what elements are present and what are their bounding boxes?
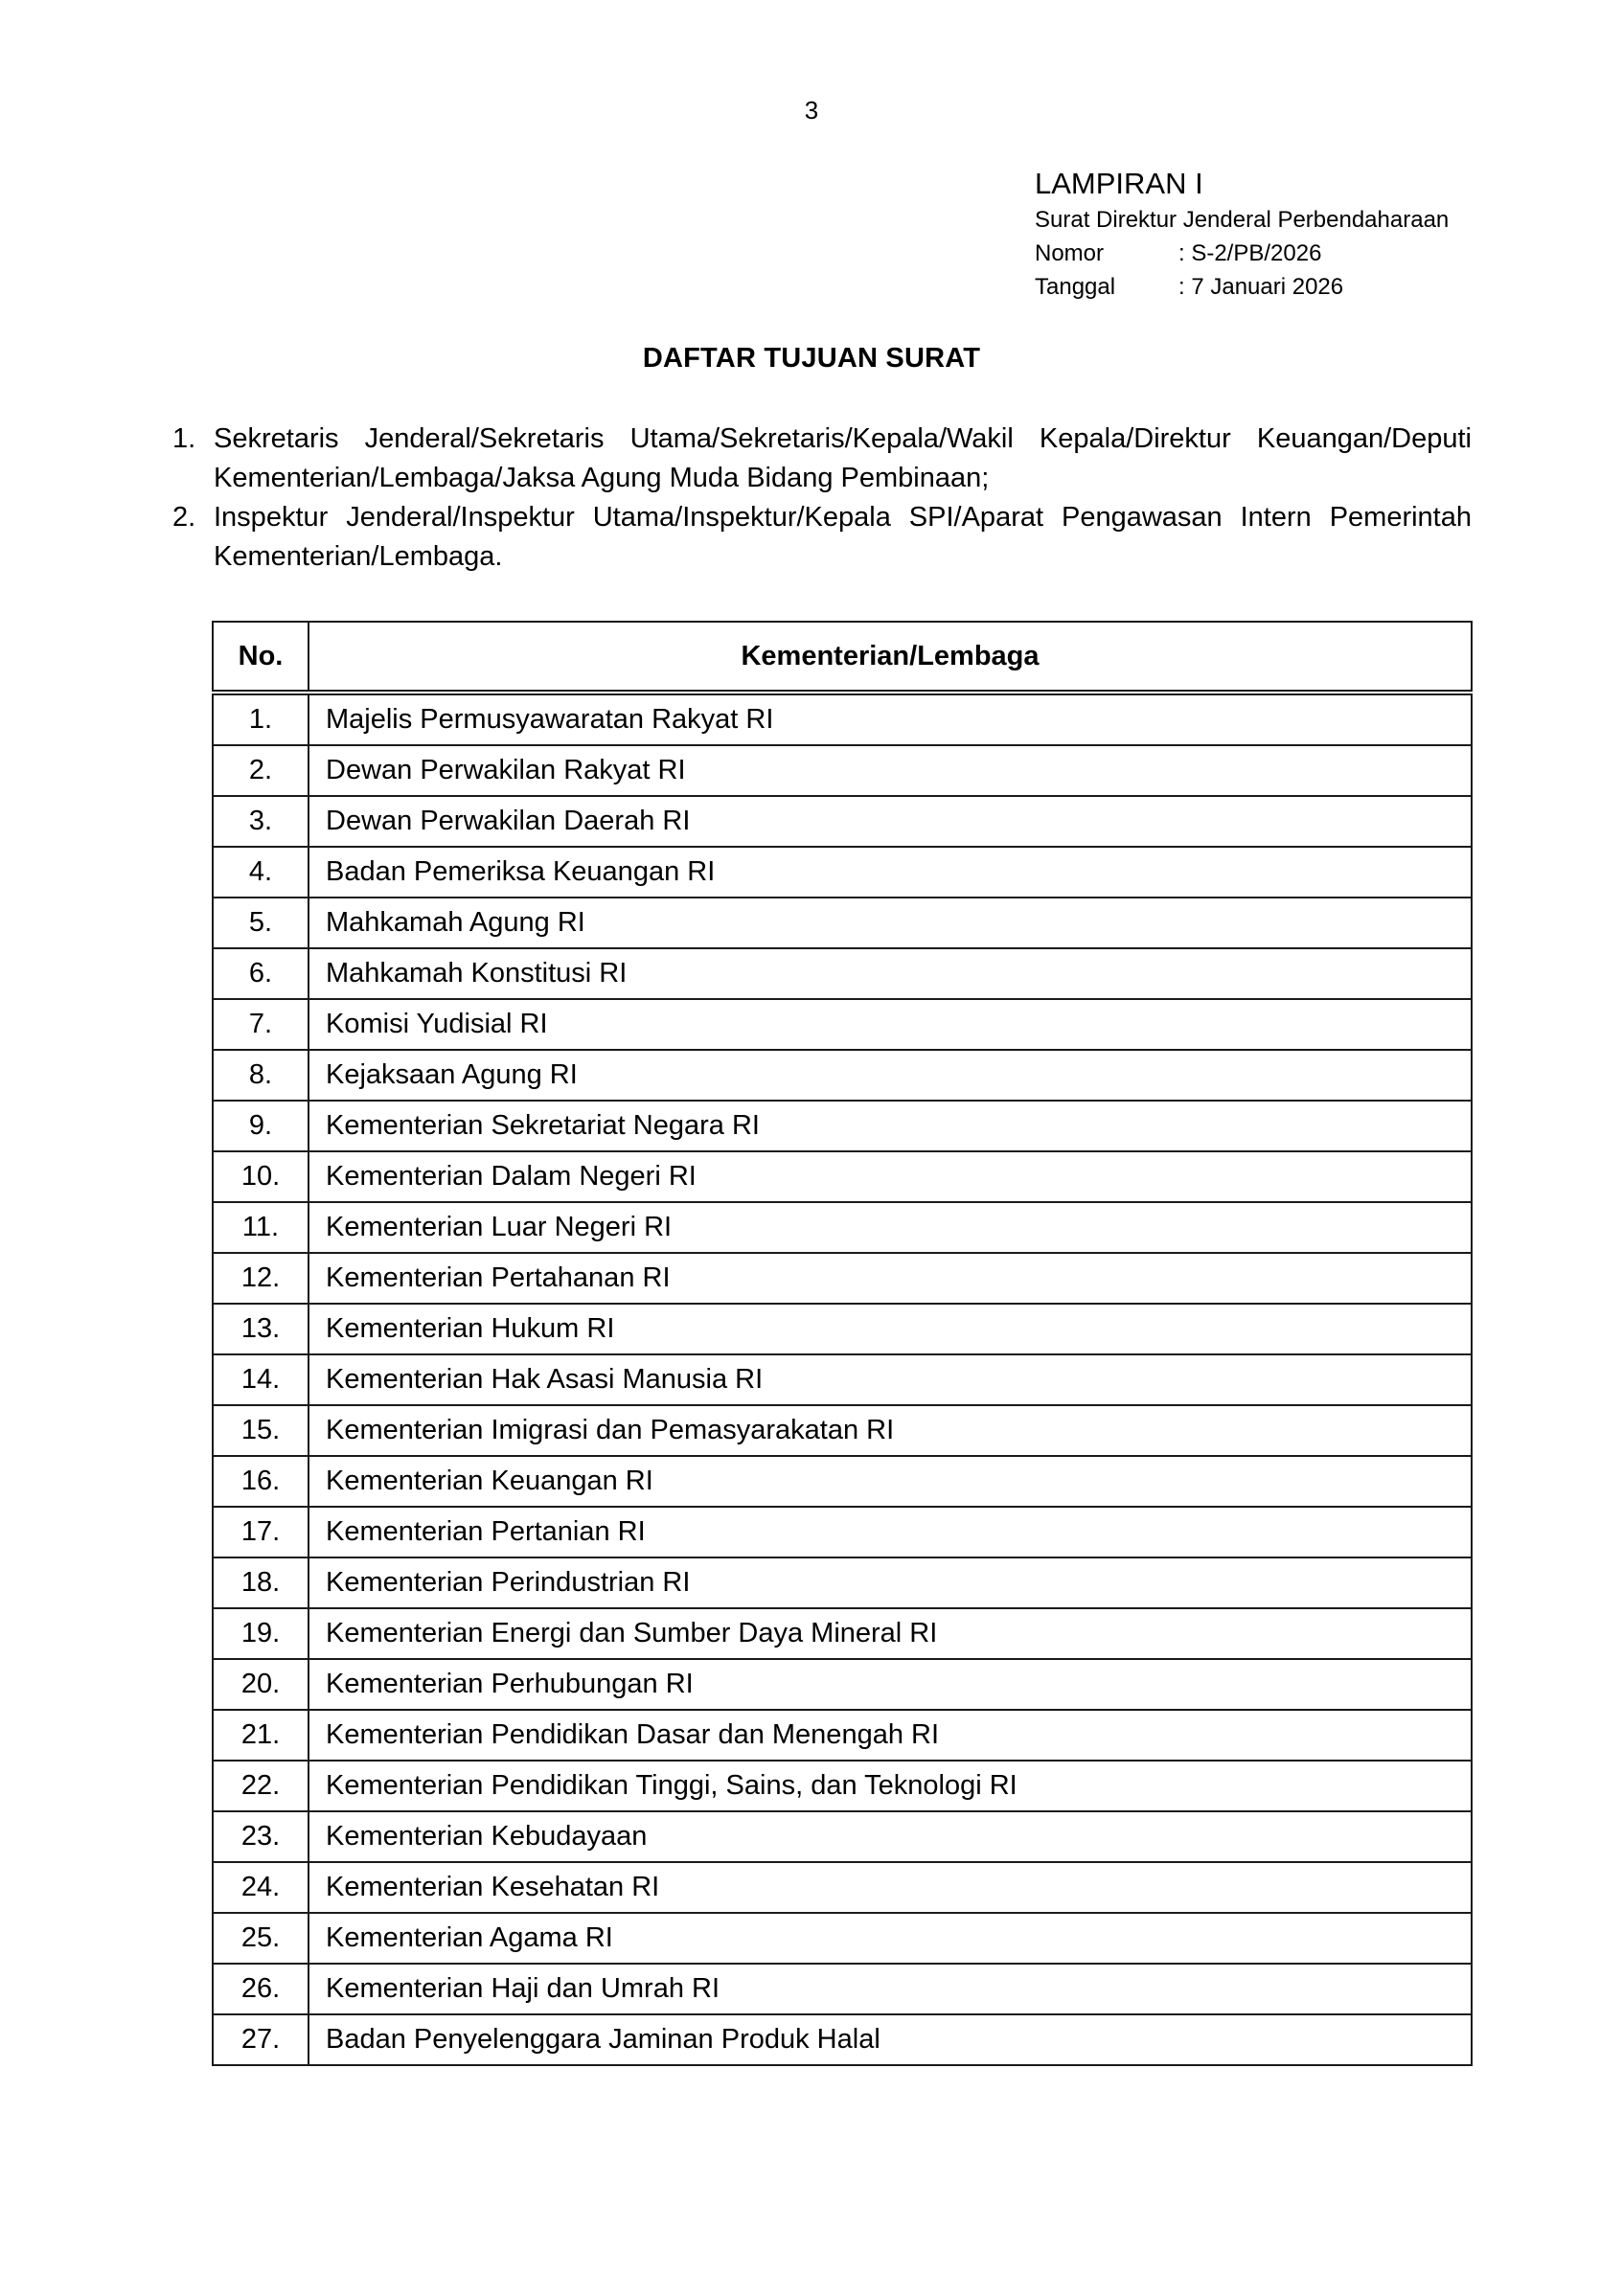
agency-name: Kementerian Haji dan Umrah RI (309, 1964, 1472, 2014)
table-row: 24.Kementerian Kesehatan RI (213, 1862, 1472, 1913)
table-row: 12.Kementerian Pertahanan RI (213, 1253, 1472, 1304)
agency-name: Kementerian Luar Negeri RI (309, 1202, 1472, 1253)
table-row: 23.Kementerian Kebudayaan (213, 1811, 1472, 1862)
row-number: 25. (213, 1913, 309, 1964)
agency-name: Kementerian Hukum RI (309, 1304, 1472, 1354)
row-number: 9. (213, 1101, 309, 1151)
row-number: 26. (213, 1964, 309, 2014)
table-header-row: No. Kementerian/Lembaga (213, 622, 1472, 693)
agency-name: Kementerian Sekretariat Negara RI (309, 1101, 1472, 1151)
agency-name: Dewan Perwakilan Daerah RI (309, 796, 1472, 847)
table-row: 21.Kementerian Pendidikan Dasar dan Mene… (213, 1710, 1472, 1761)
table-row: 15.Kementerian Imigrasi dan Pemasyarakat… (213, 1405, 1472, 1456)
page-number: 3 (0, 96, 1623, 125)
row-number: 16. (213, 1456, 309, 1507)
table-row: 27.Badan Penyelenggara Jaminan Produk Ha… (213, 2014, 1472, 2065)
table-row: 9.Kementerian Sekretariat Negara RI (213, 1101, 1472, 1151)
recipient-text: Sekretaris Jenderal/Sekretaris Utama/Sek… (214, 423, 1472, 493)
attachment-header: LAMPIRAN I Surat Direktur Jenderal Perbe… (1035, 165, 1533, 304)
table-row: 22.Kementerian Pendidikan Tinggi, Sains,… (213, 1761, 1472, 1811)
agency-name: Kementerian Perindustrian RI (309, 1557, 1472, 1608)
table-row: 16.Kementerian Keuangan RI (213, 1456, 1472, 1507)
agency-name: Kementerian Pertanian RI (309, 1507, 1472, 1557)
agency-name: Mahkamah Agung RI (309, 898, 1472, 948)
table-row: 13.Kementerian Hukum RI (213, 1304, 1472, 1354)
row-number: 14. (213, 1354, 309, 1405)
recipient-number: 2. (172, 498, 195, 537)
agency-name: Dewan Perwakilan Rakyat RI (309, 745, 1472, 796)
agency-table: No. Kementerian/Lembaga 1.Majelis Permus… (212, 621, 1473, 2066)
agency-name: Kementerian Pendidikan Tinggi, Sains, da… (309, 1761, 1472, 1811)
recipient-text: Inspektur Jenderal/Inspektur Utama/Inspe… (214, 502, 1472, 572)
recipient-number: 1. (172, 420, 195, 459)
row-number: 22. (213, 1761, 309, 1811)
agency-name: Kementerian Pertahanan RI (309, 1253, 1472, 1304)
row-number: 3. (213, 796, 309, 847)
document-title: DAFTAR TUJUAN SURAT (0, 343, 1623, 375)
agency-name: Mahkamah Konstitusi RI (309, 948, 1472, 999)
table-row: 2.Dewan Perwakilan Rakyat RI (213, 745, 1472, 796)
attachment-tanggal: Tanggal: 7 Januari 2026 (1035, 270, 1533, 304)
agency-name: Kementerian Pendidikan Dasar dan Menenga… (309, 1710, 1472, 1761)
row-number: 2. (213, 745, 309, 796)
table-row: 14.Kementerian Hak Asasi Manusia RI (213, 1354, 1472, 1405)
row-number: 4. (213, 847, 309, 898)
agency-name: Majelis Permusyawaratan Rakyat RI (309, 693, 1472, 745)
agency-name: Badan Penyelenggara Jaminan Produk Halal (309, 2014, 1472, 2065)
attachment-subtitle: Surat Direktur Jenderal Perbendaharaan (1035, 203, 1533, 237)
header-no: No. (213, 622, 309, 693)
row-number: 12. (213, 1253, 309, 1304)
table-row: 4.Badan Pemeriksa Keuangan RI (213, 847, 1472, 898)
table-row: 18.Kementerian Perindustrian RI (213, 1557, 1472, 1608)
table-row: 3.Dewan Perwakilan Daerah RI (213, 796, 1472, 847)
row-number: 18. (213, 1557, 309, 1608)
recipient-item: 1. Sekretaris Jenderal/Sekretaris Utama/… (172, 420, 1472, 498)
table-row: 11.Kementerian Luar Negeri RI (213, 1202, 1472, 1253)
row-number: 1. (213, 693, 309, 745)
agency-name: Komisi Yudisial RI (309, 999, 1472, 1050)
table-row: 26.Kementerian Haji dan Umrah RI (213, 1964, 1472, 2014)
row-number: 11. (213, 1202, 309, 1253)
table-row: 6.Mahkamah Konstitusi RI (213, 948, 1472, 999)
table-row: 10.Kementerian Dalam Negeri RI (213, 1151, 1472, 1202)
agency-name: Kementerian Agama RI (309, 1913, 1472, 1964)
row-number: 17. (213, 1507, 309, 1557)
row-number: 20. (213, 1659, 309, 1710)
row-number: 7. (213, 999, 309, 1050)
agency-name: Kementerian Dalam Negeri RI (309, 1151, 1472, 1202)
recipient-list: 1. Sekretaris Jenderal/Sekretaris Utama/… (172, 420, 1472, 577)
table-row: 19.Kementerian Energi dan Sumber Daya Mi… (213, 1608, 1472, 1659)
agency-name: Kejaksaan Agung RI (309, 1050, 1472, 1101)
attachment-nomor: Nomor: S-2/PB/2026 (1035, 237, 1533, 270)
header-agency: Kementerian/Lembaga (309, 622, 1472, 693)
row-number: 10. (213, 1151, 309, 1202)
nomor-label: Nomor (1035, 237, 1178, 270)
agency-name: Kementerian Perhubungan RI (309, 1659, 1472, 1710)
agency-name: Kementerian Kesehatan RI (309, 1862, 1472, 1913)
table-body: 1.Majelis Permusyawaratan Rakyat RI2.Dew… (213, 693, 1472, 2065)
row-number: 5. (213, 898, 309, 948)
attachment-title: LAMPIRAN I (1035, 165, 1533, 203)
row-number: 24. (213, 1862, 309, 1913)
agency-name: Badan Pemeriksa Keuangan RI (309, 847, 1472, 898)
row-number: 8. (213, 1050, 309, 1101)
agency-name: Kementerian Energi dan Sumber Daya Miner… (309, 1608, 1472, 1659)
tanggal-label: Tanggal (1035, 270, 1178, 304)
row-number: 15. (213, 1405, 309, 1456)
row-number: 6. (213, 948, 309, 999)
agency-name: Kementerian Imigrasi dan Pemasyarakatan … (309, 1405, 1472, 1456)
row-number: 19. (213, 1608, 309, 1659)
agency-name: Kementerian Kebudayaan (309, 1811, 1472, 1862)
row-number: 21. (213, 1710, 309, 1761)
table-row: 5.Mahkamah Agung RI (213, 898, 1472, 948)
row-number: 23. (213, 1811, 309, 1862)
table-row: 1.Majelis Permusyawaratan Rakyat RI (213, 693, 1472, 745)
table-row: 7.Komisi Yudisial RI (213, 999, 1472, 1050)
row-number: 27. (213, 2014, 309, 2065)
recipient-item: 2. Inspektur Jenderal/Inspektur Utama/In… (172, 498, 1472, 577)
table-row: 8.Kejaksaan Agung RI (213, 1050, 1472, 1101)
table-row: 17.Kementerian Pertanian RI (213, 1507, 1472, 1557)
agency-name: Kementerian Hak Asasi Manusia RI (309, 1354, 1472, 1405)
agency-name: Kementerian Keuangan RI (309, 1456, 1472, 1507)
table-row: 25.Kementerian Agama RI (213, 1913, 1472, 1964)
row-number: 13. (213, 1304, 309, 1354)
nomor-value: : S-2/PB/2026 (1178, 240, 1321, 266)
tanggal-value: : 7 Januari 2026 (1178, 274, 1343, 300)
table-row: 20.Kementerian Perhubungan RI (213, 1659, 1472, 1710)
